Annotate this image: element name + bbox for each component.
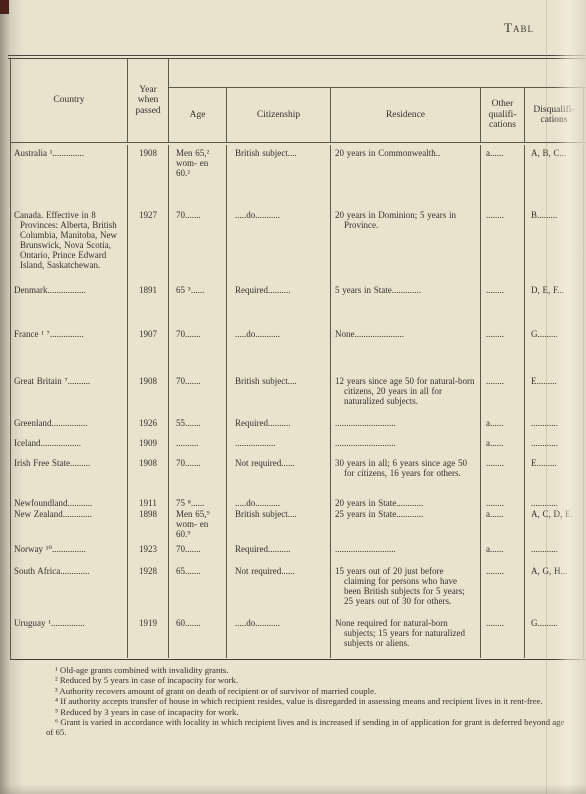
column-header-other-qualifications: Other qualifi- cations [481,88,525,142]
cell-citizenship: Required.......... [227,541,331,563]
cell-disqualifications: ............ [525,415,584,435]
cell-other-qualifications: a...... [481,506,525,541]
cell-disqualifications: ............ [525,495,584,506]
cell-country: Australia ¹.............. [11,145,128,207]
cell-residence: 5 years in State............. [331,282,481,326]
table-header-row: Country Year when passed Age Citizenship… [11,59,586,143]
cell-residence: ........................... [331,435,481,455]
cell-year: 1891 [128,282,169,326]
cell-residence: 20 years in Commonwealth.. [331,145,481,207]
cell-age: Men 65,² wom- en 60.² [169,145,227,207]
cell-age: 55....... [169,415,227,435]
cell-disqualifications: ............ [525,541,584,563]
cell-disqualifications: G......... [525,326,584,373]
column-header-country: Country [11,59,128,142]
table-body: Australia ¹.............. 1908 Men 65,² … [11,143,586,658]
cell-country: Newfoundland........... [11,495,128,506]
cell-disqualifications: E......... [525,373,584,415]
cell-year: 1908 [128,373,169,415]
cell-country: France ¹ ⁷............... [11,326,128,373]
table-row-great-britain: Great Britain ⁷.......... 1908 70.......… [11,373,586,415]
cell-residence: 25 years in State............ [331,506,481,541]
cell-other-qualifications: a...... [481,541,525,563]
column-header-disqualifications: Disqualifi- cations [525,88,584,142]
cell-country: New Zealand............. [11,506,128,541]
column-header-residence: Residence [331,88,481,142]
header-subrow: Age Citizenship Residence Other qualifi-… [169,88,586,142]
header-conditions-group: Age Citizenship Residence Other qualifi-… [169,59,586,142]
cell-citizenship: British subject.... [227,506,331,541]
cell-disqualifications: E......... [525,455,584,495]
table-row-south-africa: South Africa............. 1928 65.......… [11,563,586,615]
cell-age: 70....... [169,541,227,563]
cell-country: Iceland.................. [11,435,128,455]
cell-country: Denmark................. [11,282,128,326]
footnote-3: ³ Authority recovers amount of grant on … [46,686,570,696]
cell-age: .......... [169,435,227,455]
table-row-canada: Canada. Effective in 8 Provinces: Albert… [11,207,586,282]
page-bottom-shadow [0,784,586,794]
cell-age: 70....... [169,207,227,282]
cell-year: 1911 [128,495,169,506]
cell-disqualifications: ............ [525,435,584,455]
cell-residence: ........................... [331,415,481,435]
table-row-france: France ¹ ⁷............... 1907 70.......… [11,326,586,373]
cell-age: 60....... [169,615,227,658]
cell-residence: None...................... [331,326,481,373]
cell-citizenship: Required.......... [227,415,331,435]
cell-residence: 20 years in State............ [331,495,481,506]
page-fold-crease [546,0,547,794]
cell-disqualifications: D, E, F... [525,282,584,326]
footnote-6: ⁶ Grant is varied in accordance with loc… [46,717,570,738]
pension-laws-table: Country Year when passed Age Citizenship… [10,59,586,660]
cell-residence: 20 years in Dominion; 5 years in Provinc… [331,207,481,282]
scan-corner-mark [0,0,9,14]
cell-year: 1923 [128,541,169,563]
cell-other-qualifications: ........ [481,282,525,326]
footnote-5: ⁵ Reduced by 3 years in case of incapaci… [46,707,570,717]
cell-age: 70....... [169,455,227,495]
cell-other-qualifications: ........ [481,373,525,415]
cell-citizenship: .....do........... [227,615,331,658]
cell-other-qualifications: ........ [481,563,525,615]
cell-year: 1907 [128,326,169,373]
cell-year: 1898 [128,506,169,541]
cell-disqualifications: A, G, H... [525,563,584,615]
cell-citizenship: British subject.... [227,373,331,415]
footnote-4: ⁴ If authority accepts transfer of house… [46,696,570,706]
footnotes-block: ¹ Old-age grants combined with invalidit… [46,665,570,738]
cell-citizenship: Not required...... [227,563,331,615]
cell-year: 1909 [128,435,169,455]
table-row-newfoundland: Newfoundland........... 1911 75 ⁸...... … [11,495,586,506]
cell-disqualifications: G......... [525,615,584,658]
cell-year: 1928 [128,563,169,615]
cell-residence: 12 years since age 50 for natural-born c… [331,373,481,415]
column-header-year-when-passed: Year when passed [128,59,169,142]
cell-disqualifications: B......... [525,207,584,282]
table-row-iceland: Iceland.................. 1909 .........… [11,435,586,455]
cell-country: Norway ¹⁰............... [11,541,128,563]
cell-other-qualifications: ........ [481,326,525,373]
cell-citizenship: Not required...... [227,455,331,495]
cell-residence: ........................... [331,541,481,563]
cell-citizenship: .....do........... [227,326,331,373]
table-row-new-zealand: New Zealand............. 1898 Men 65,⁹ w… [11,506,586,541]
cell-other-qualifications: ........ [481,495,525,506]
cell-year: 1908 [128,145,169,207]
table-row-greenland: Greenland................ 1926 55.......… [11,415,586,435]
footnote-1: ¹ Old-age grants combined with invalidit… [46,665,570,675]
cell-country: Irish Free State......... [11,455,128,495]
cell-other-qualifications: a...... [481,145,525,207]
cell-residence: None required for natural-born subjects;… [331,615,481,658]
footnote-2: ² Reduced by 5 years in case of incapaci… [46,675,570,685]
cell-year: 1927 [128,207,169,282]
cell-country: South Africa............. [11,563,128,615]
cell-age: Men 65,⁹ wom- en 60.⁹ [169,506,227,541]
cell-residence: 15 years out of 20 just before claiming … [331,563,481,615]
cell-country: Canada. Effective in 8 Provinces: Albert… [11,207,128,282]
cell-citizenship: British subject.... [227,145,331,207]
column-header-citizenship: Citizenship [227,88,331,142]
cell-other-qualifications: ........ [481,207,525,282]
cell-citizenship: .................. [227,435,331,455]
table-row-uruguay: Uruguay ¹............... 1919 60....... … [11,615,586,658]
cell-other-qualifications: ........ [481,615,525,658]
cell-country: Greenland................ [11,415,128,435]
cell-country: Great Britain ⁷.......... [11,373,128,415]
cell-disqualifications: A, B, C... [525,145,584,207]
cell-other-qualifications: a...... [481,435,525,455]
cell-age: 65 ⁵...... [169,282,227,326]
cell-age: 75 ⁸...... [169,495,227,506]
cell-age: 65....... [169,563,227,615]
cell-year: 1908 [128,455,169,495]
table-row-irish-free-state: Irish Free State......... 1908 70.......… [11,455,586,495]
cell-residence: 30 years in all; 6 years since age 50 fo… [331,455,481,495]
table-row-denmark: Denmark................. 1891 65 ⁵......… [11,282,586,326]
cell-other-qualifications: ........ [481,455,525,495]
table-row-australia: Australia ¹.............. 1908 Men 65,² … [11,145,586,207]
column-header-age: Age [169,88,227,142]
cell-age: 70....... [169,373,227,415]
cell-citizenship: .....do........... [227,207,331,282]
header-spanner-blank [169,59,586,88]
cell-year: 1919 [128,615,169,658]
cell-citizenship: Required.......... [227,282,331,326]
cell-disqualifications: A, C, D, E. [525,506,584,541]
cell-other-qualifications: a...... [481,415,525,435]
running-head: Tabl [504,20,534,36]
cell-year: 1926 [128,415,169,435]
table-row-norway: Norway ¹⁰............... 1923 70....... … [11,541,586,563]
cell-citizenship: .....do........... [227,495,331,506]
cell-age: 70....... [169,326,227,373]
cell-country: Uruguay ¹............... [11,615,128,658]
